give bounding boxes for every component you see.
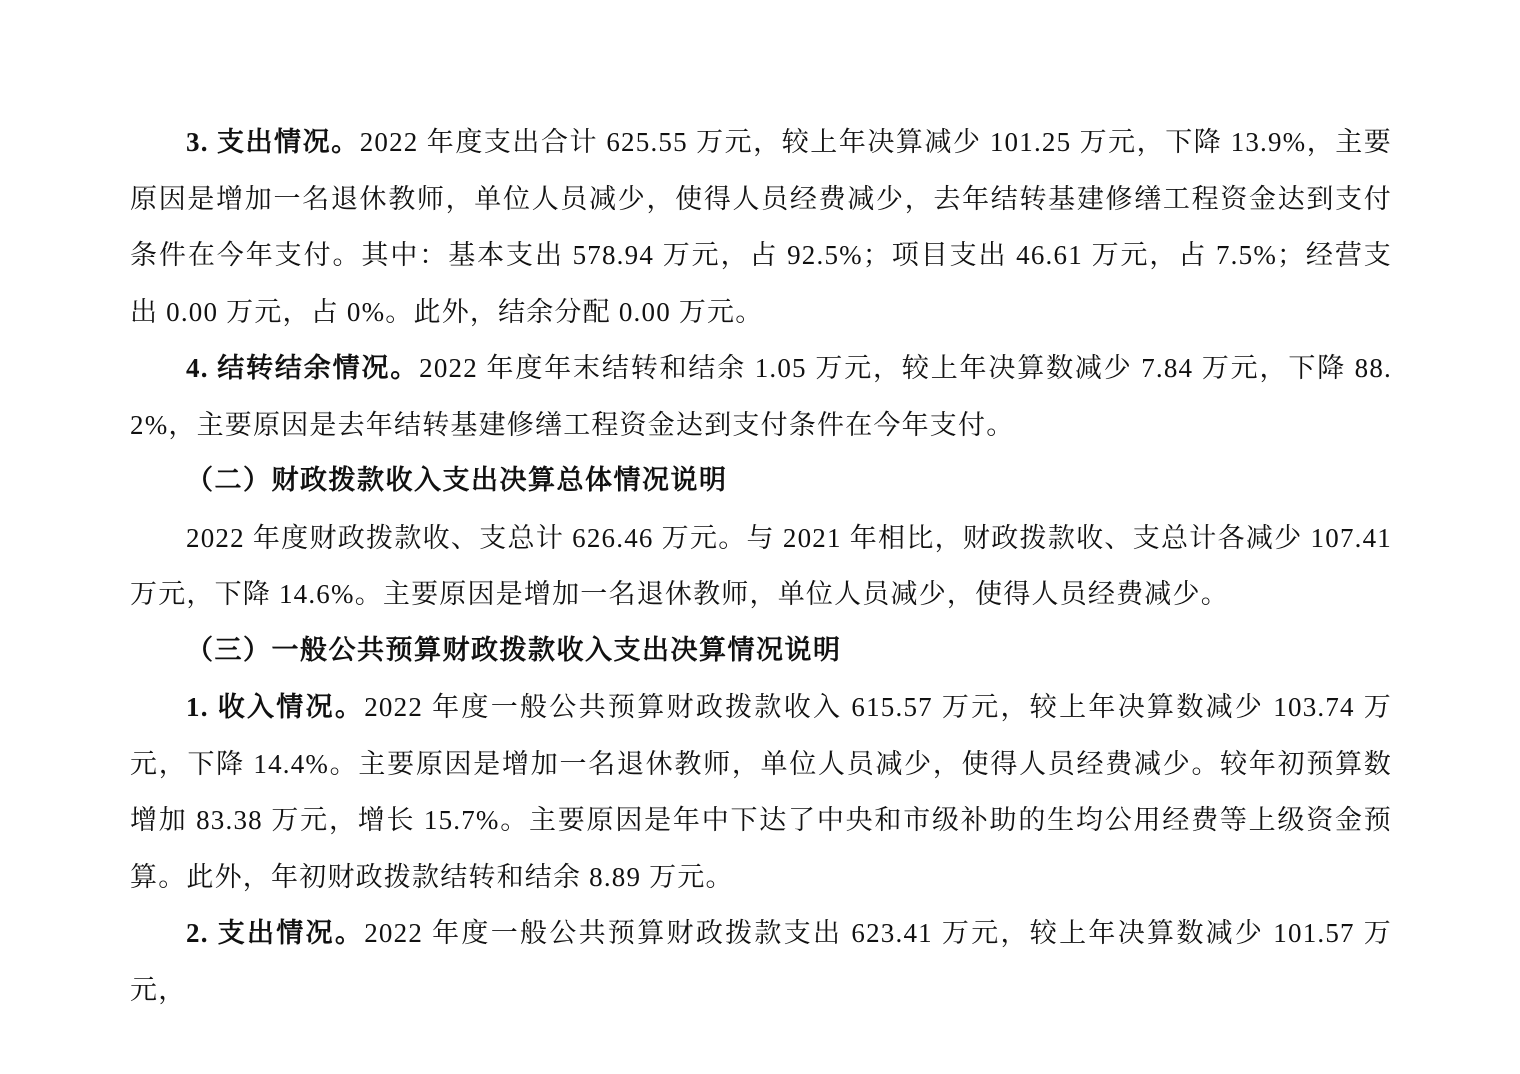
paragraph-lead: 3. 支出情况。 [186, 127, 360, 157]
paragraph-lead: 2. 支出情况。 [186, 918, 364, 948]
paragraph-income: 1. 收入情况。2022 年度一般公共预算财政拨款收入 615.57 万元，较上… [130, 679, 1392, 905]
paragraph-text: 2022 年度财政拨款收、支总计 626.46 万元。与 2021 年相比，财政… [130, 523, 1392, 610]
paragraph-fiscal-overall: 2022 年度财政拨款收、支总计 626.46 万元。与 2021 年相比，财政… [130, 510, 1392, 623]
paragraph-lead: 4. 结转结余情况。 [186, 353, 419, 383]
document-page: 3. 支出情况。2022 年度支出合计 625.55 万元，较上年决算减少 10… [130, 114, 1392, 1018]
section-heading-fiscal-overall: （二）财政拨款收入支出决算总体情况说明 [130, 453, 1392, 510]
paragraph-carryover-balance: 4. 结转结余情况。2022 年度年末结转和结余 1.05 万元，较上年决算数减… [130, 340, 1392, 453]
section-heading-general-budget: （三）一般公共预算财政拨款收入支出决算情况说明 [130, 623, 1392, 680]
paragraph-general-expenditure: 2. 支出情况。2022 年度一般公共预算财政拨款支出 623.41 万元，较上… [130, 905, 1392, 1018]
paragraph-lead: 1. 收入情况。 [186, 692, 364, 722]
paragraph-expenditure: 3. 支出情况。2022 年度支出合计 625.55 万元，较上年决算减少 10… [130, 114, 1392, 340]
